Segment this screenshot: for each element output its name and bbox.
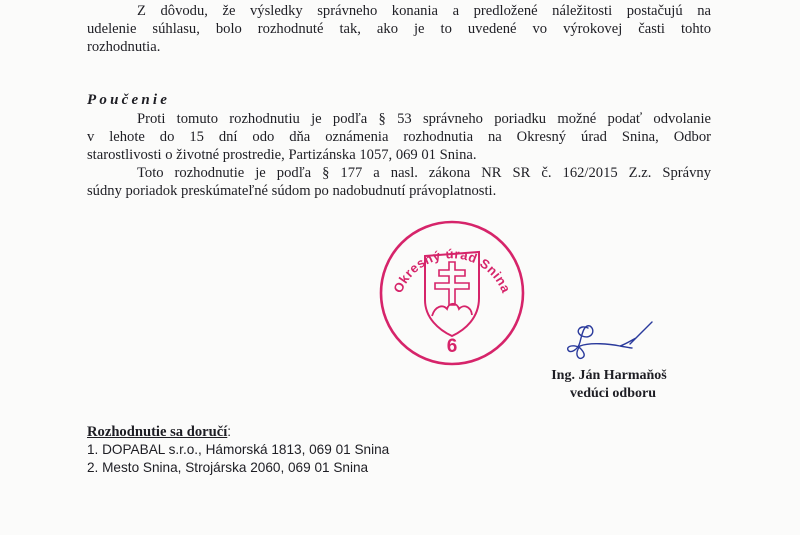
document-page: Z dôvodu, že výsledky správneho konania … <box>0 0 800 535</box>
recipient-item: 2. Mesto Snina, Strojárska 2060, 069 01 … <box>87 459 389 477</box>
official-stamp: Okresný úrad Snina 6 <box>377 218 527 368</box>
text-line: rozhodnutia. <box>87 38 711 56</box>
delivery-section: Rozhodnutie sa doručí: 1. DOPABAL s.r.o.… <box>87 423 389 477</box>
recipient-item: 1. DOPABAL s.r.o., Hámorská 1813, 069 01… <box>87 441 389 459</box>
text-line: v lehote do 15 dní odo dňa oznámenia roz… <box>87 128 711 146</box>
appeal-paragraph: Proti tomuto rozhodnutiu je podľa § 53 s… <box>87 110 711 164</box>
signer-block: Ing. Ján Harmaňoš vedúci odboru <box>534 367 684 403</box>
text-line: Toto rozhodnutie je podľa § 177 a nasl. … <box>87 164 711 182</box>
svg-text:Okresný úrad Snina: Okresný úrad Snina <box>390 246 514 295</box>
text-line: starostlivosti o životné prostredie, Par… <box>87 146 711 164</box>
text-line: Proti tomuto rozhodnutiu je podľa § 53 s… <box>87 110 711 128</box>
delivery-title-colon: : <box>227 424 231 439</box>
svg-text:6: 6 <box>447 336 458 357</box>
review-paragraph: Toto rozhodnutie je podľa § 177 a nasl. … <box>87 164 711 200</box>
signer-name: Ing. Ján Harmaňoš <box>551 368 667 383</box>
handwritten-signature <box>560 318 660 363</box>
delivery-title: Rozhodnutie sa doručí <box>87 424 227 440</box>
instruction-heading: Poučenie <box>87 92 170 109</box>
signature-icon <box>560 318 660 363</box>
stamp-seal-icon: Okresný úrad Snina 6 <box>377 218 527 368</box>
signer-role: vedúci odboru <box>534 385 684 403</box>
reason-paragraph: Z dôvodu, že výsledky správneho konania … <box>87 2 711 56</box>
text-line: udelenie súhlasu, bolo rozhodnuté tak, a… <box>87 20 711 38</box>
text-line: Z dôvodu, že výsledky správneho konania … <box>87 2 711 20</box>
text-line: súdny poriadok preskúmateľné súdom po na… <box>87 182 711 200</box>
